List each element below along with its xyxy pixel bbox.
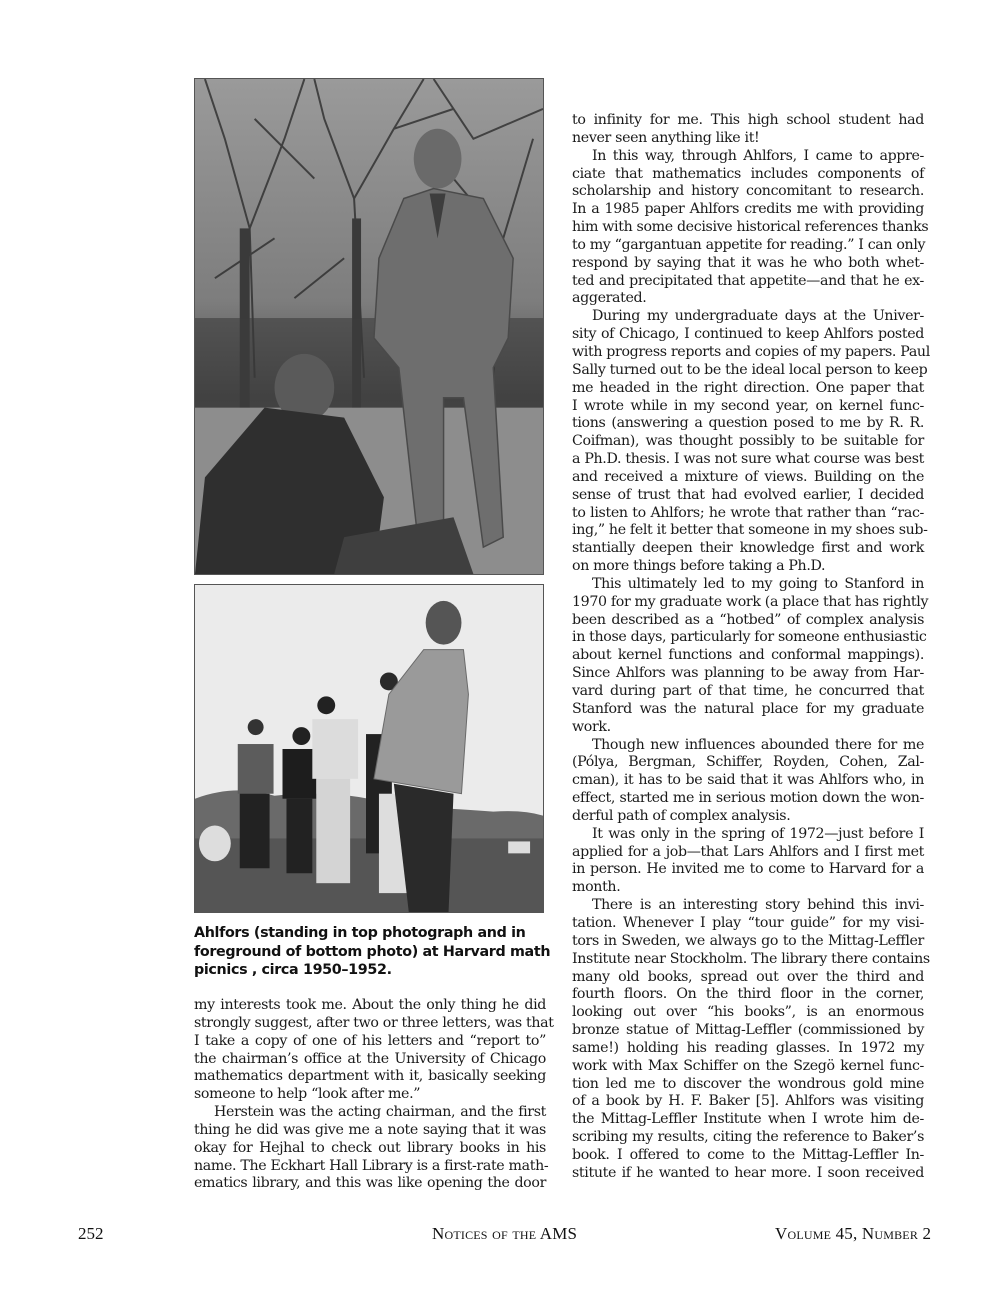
text-line: Since Ahlfors was planning to be away fr… [572,665,924,683]
journal-name: Notices of the AMS [432,1224,577,1244]
text-line: 1970 for my graduate work (a place that … [572,594,924,612]
text-line: never seen anything like it! [572,130,924,148]
text-line: mathematics department with it, basicall… [194,1068,546,1086]
text-line: In a 1985 paper Ahlfors credits me with … [572,201,924,219]
text-line: thing he did was give me a note saying t… [194,1122,546,1140]
photo-top-image [195,79,543,574]
text-line: work. [572,719,924,737]
text-line: to infinity for me. This high school stu… [572,112,924,130]
text-line: and received a mixture of views. Buildin… [572,469,924,487]
text-line: name. The Eckhart Hall Library is a firs… [194,1158,546,1176]
text-line: me headed in the right direction. One pa… [572,380,924,398]
text-line: looking out over “his books”, is an enor… [572,1004,924,1022]
text-line: It was only in the spring of 1972—just b… [572,826,924,844]
text-line: my interests took me. About the only thi… [194,997,546,1015]
text-line: Coifman), was thought possibly to be sui… [572,433,924,451]
text-line: tation. Whenever I play “tour guide” for… [572,915,924,933]
text-line: tions (answering a question posed to me … [572,415,924,433]
text-line: effect, started me in serious motion dow… [572,790,924,808]
text-line: sity of Chicago, I continued to keep Ahl… [572,326,924,344]
left-column-text: my interests took me. About the only thi… [194,997,546,1193]
text-line: ematics library, and this was like openi… [194,1175,546,1193]
photo-bottom-harvard-picnic [194,584,544,913]
text-line: book. I offered to come to the Mittag-Le… [572,1147,924,1165]
text-line: ing,” he felt it better that someone in … [572,522,924,540]
text-line: applied for a job—that Lars Ahlfors and … [572,844,924,862]
text-line: the chairman’s office at the University … [194,1051,546,1069]
text-line: been described as a “hotbed” of complex … [572,612,924,630]
text-line: There is an interesting story behind thi… [572,897,924,915]
text-line: vard during part of that time, he concur… [572,683,924,701]
caption-line: foreground of bottom photo) at Harvard m… [194,943,554,962]
text-line: tors in Sweden, we always go to the Mitt… [572,933,924,951]
text-line: cman), it has to be said that it was Ahl… [572,772,924,790]
text-line: work with Max Schiffer on the Szegö kern… [572,1058,924,1076]
text-line: with progress reports and copies of my p… [572,344,924,362]
text-line: in those days, particularly for someone … [572,629,924,647]
photo-top-ahlfors-standing [194,78,544,575]
photo-bottom-image [195,585,543,912]
text-line: in person. He invited me to come to Harv… [572,861,924,879]
text-line: Sally turned out to be the ideal local p… [572,362,924,380]
text-line: strongly suggest, after two or three let… [194,1015,546,1033]
text-line: to my “gargantuan appetite for reading.”… [572,237,924,255]
text-line: tion led me to discover the wondrous gol… [572,1076,924,1094]
text-line: someone to help “look after me.” [194,1086,546,1104]
text-line: to listen to Ahlfors; he wrote that rath… [572,505,924,523]
text-line: (Pólya, Bergman, Schiffer, Royden, Cohen… [572,754,924,772]
text-line: same!) holding his reading glasses. In 1… [572,1040,924,1058]
text-line: of a book by H. F. Baker [5]. Ahlfors wa… [572,1093,924,1111]
text-line: This ultimately led to my going to Stanf… [572,576,924,594]
text-line: sense of trust that had evolved earlier,… [572,487,924,505]
text-line: I wrote while in my second year, on kern… [572,398,924,416]
text-line: the Mittag-Leffler Institute when I wrot… [572,1111,924,1129]
text-line: stantially deepen their knowledge first … [572,540,924,558]
text-line: stitute if he wanted to hear more. I soo… [572,1165,924,1183]
text-line: ciate that mathematics includes componen… [572,166,924,184]
text-line: In this way, through Ahlfors, I came to … [572,148,924,166]
text-line: During my undergraduate days at the Univ… [572,308,924,326]
text-line: Institute near Stockholm. The library th… [572,951,924,969]
text-line: him with some decisive historical refere… [572,219,924,237]
text-line: I take a copy of one of his letters and … [194,1033,546,1051]
text-line: Herstein was the acting chairman, and th… [194,1104,546,1122]
text-line: Though new influences abounded there for… [572,737,924,755]
right-column-text: to infinity for me. This high school stu… [572,112,924,1183]
text-line: month. [572,879,924,897]
photo-caption: Ahlfors (standing in top photograph and … [194,924,554,980]
text-line: fourth floors. On the third floor in the… [572,986,924,1004]
text-line: respond by saying that it was he who bot… [572,255,924,273]
caption-line: picnics , circa 1950–1952. [194,961,554,980]
text-line: bronze statue of Mittag-Leffler (commiss… [572,1022,924,1040]
text-line: ted and precipitated that appetite—and t… [572,273,924,291]
text-line: derful path of complex analysis. [572,808,924,826]
volume-number: Volume 45, Number 2 [775,1224,931,1244]
text-line: a Ph.D. thesis. I was not sure what cour… [572,451,924,469]
text-line: many old books, spread out over the thir… [572,969,924,987]
text-line: scribing my results, citing the referenc… [572,1129,924,1147]
page-number: 252 [78,1224,104,1244]
text-line: on more things before taking a Ph.D. [572,558,924,576]
caption-line: Ahlfors (standing in top photograph and … [194,924,554,943]
text-line: about kernel functions and conformal map… [572,647,924,665]
text-line: aggerated. [572,290,924,308]
text-line: Stanford was the natural place for my gr… [572,701,924,719]
text-line: scholarship and history concomitant to r… [572,183,924,201]
text-line: okay for Hejhal to check out library boo… [194,1140,546,1158]
